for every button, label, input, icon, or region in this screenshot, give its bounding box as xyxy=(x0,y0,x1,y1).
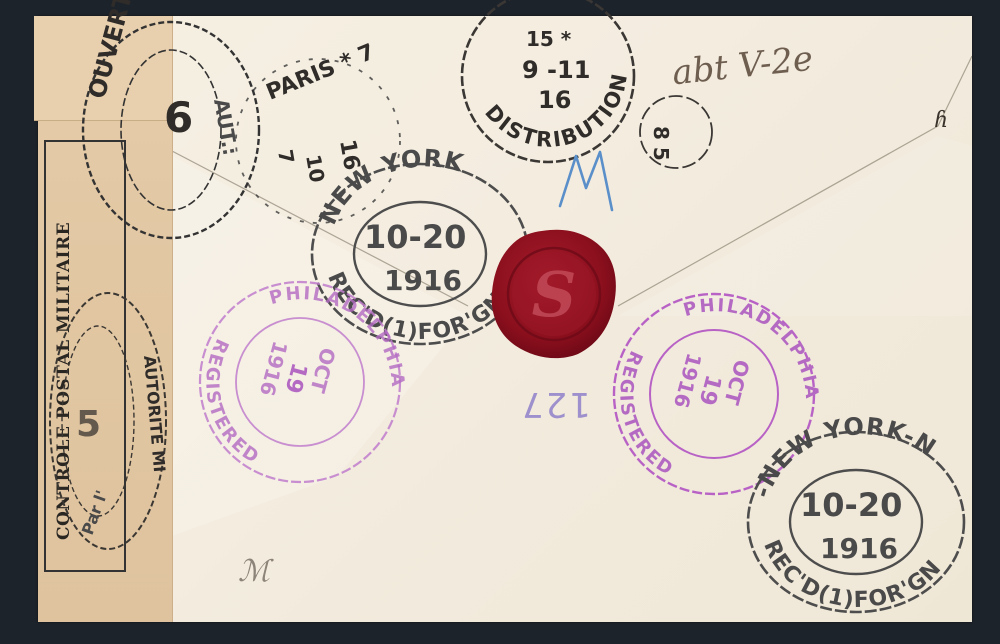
svg-text:5: 5 xyxy=(76,404,101,445)
small-circle-postmark: 8 5 xyxy=(636,94,720,174)
svg-text:6: 6 xyxy=(164,93,193,142)
svg-text:AUTORITE MI: AUTORITE MI xyxy=(140,355,169,473)
svg-text:7: 7 xyxy=(273,148,299,166)
svg-text:10-20: 10-20 xyxy=(800,486,902,524)
wax-seal: S xyxy=(488,228,618,360)
svg-text:9 -11: 9 -11 xyxy=(522,56,590,84)
registration-number: 127 xyxy=(520,384,591,424)
svg-text:1916: 1916 xyxy=(820,532,898,565)
philadelphia-registered-postmark-left: PHILADELPHIA REGISTERED OCT 19 1916 xyxy=(196,278,406,492)
svg-text:8 5: 8 5 xyxy=(649,126,673,161)
new-york-postmark-bottom: -NEW YORK-N 10-20 1916 REC'D(1)FOR'GN xyxy=(744,424,984,628)
svg-text:16: 16 xyxy=(538,86,571,114)
svg-text:15 *: 15 * xyxy=(526,27,572,51)
distribution-postmark: 15 * 9 -11 16 DISTRIBUTION xyxy=(456,16,646,170)
svg-text:10-20: 10-20 xyxy=(364,218,466,256)
svg-text:NEW YORK: NEW YORK xyxy=(314,144,468,229)
svg-text:S: S xyxy=(532,258,577,331)
authority-oval-postmark: AUTORITE MI 5 Par l' xyxy=(46,286,176,560)
handwritten-initial: ℳ xyxy=(238,554,270,589)
svg-text:PARIS * 7: PARIS * 7 xyxy=(263,40,378,106)
ink-mark: ɦ xyxy=(934,108,948,133)
blue-crayon-mark xyxy=(556,148,626,222)
svg-text:REGISTERED: REGISTERED xyxy=(201,336,264,469)
svg-text:REGISTERED: REGISTERED xyxy=(615,348,678,481)
envelope-back: CONTROLE POSTAL MILITAIRE OUVERT 6 AUT.:… xyxy=(38,16,972,622)
